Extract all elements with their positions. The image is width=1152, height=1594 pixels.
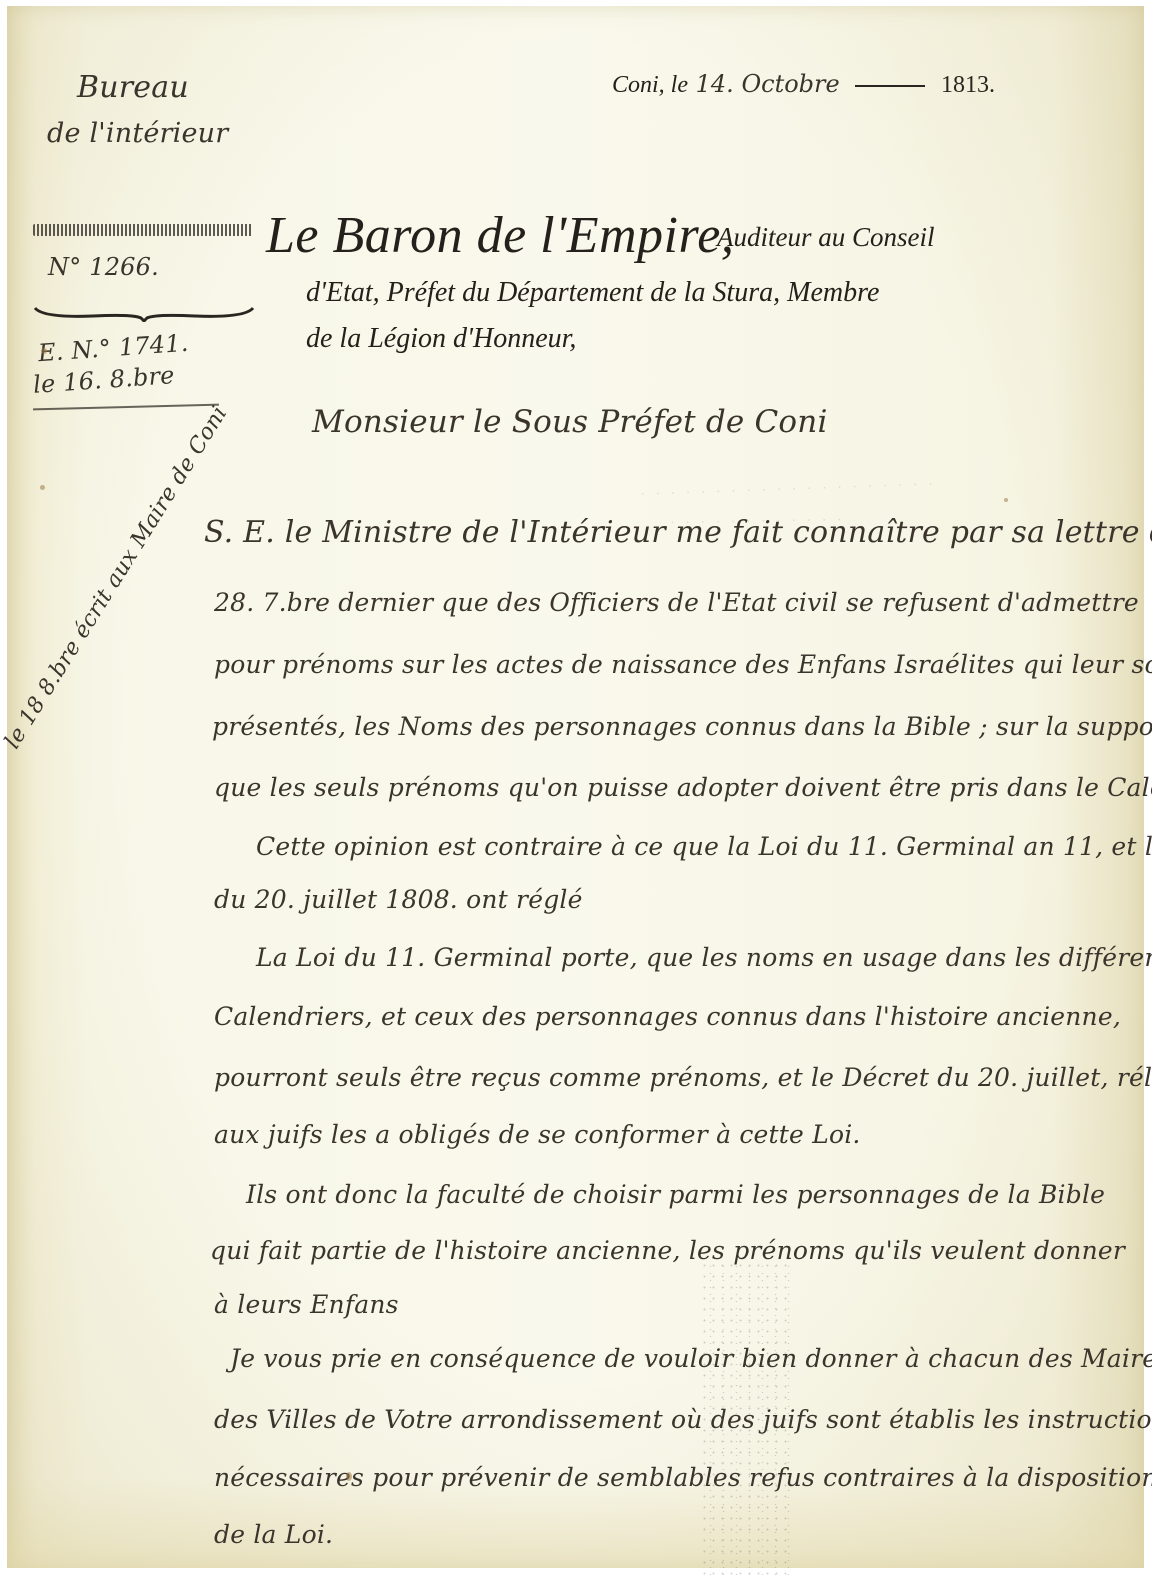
- dateline: Coni, le 14. Octobre 1813.: [612, 70, 995, 99]
- body-line: présentés, les Noms des personnages conn…: [212, 712, 1152, 741]
- body-line: à leurs Enfans: [214, 1290, 399, 1319]
- body-line: 28. 7.bre dernier que des Officiers de l…: [214, 588, 1139, 617]
- salutation: Monsieur le Sous Préfet de Coni: [312, 404, 828, 440]
- body-line: pour prénoms sur les actes de naissance …: [214, 650, 1152, 679]
- letterhead-title-continuation: Auditeur au Conseil: [717, 222, 935, 253]
- body-line: Calendriers, et ceux des personnages con…: [214, 1002, 1121, 1031]
- foxing-spot: [346, 1472, 352, 1481]
- body-line: Je vous prie en conséquence de vouloir b…: [230, 1344, 1152, 1373]
- office-label-line-2: de l'intérieur: [47, 118, 228, 149]
- decorative-rule: [33, 224, 253, 236]
- body-line: Cette opinion est contraire à ce que la …: [256, 832, 1152, 861]
- foxing-spot: [41, 348, 47, 354]
- dateline-month: Octobre: [741, 70, 839, 98]
- body-line: La Loi du 11. Germinal porte, que les no…: [256, 943, 1152, 972]
- body-line: S. E. le Ministre de l'Intérieur me fait…: [204, 515, 1152, 550]
- letterhead-line-2: d'Etat, Préfet du Département de la Stur…: [306, 277, 879, 309]
- foxing-spot: [40, 485, 45, 490]
- body-line: nécessaires pour prévenir de semblables …: [214, 1463, 1152, 1492]
- dateline-year: 1813.: [941, 72, 995, 98]
- dateline-city: Coni, le: [612, 72, 688, 98]
- dateline-day: 14.: [696, 70, 734, 98]
- office-label-line-1: Bureau: [77, 70, 189, 105]
- body-line: pourront seuls être reçus comme prénoms,…: [214, 1063, 1152, 1092]
- body-line: aux juifs les a obligés de se conformer …: [214, 1120, 861, 1149]
- letterhead-line-3: de la Légion d'Honneur,: [306, 323, 576, 355]
- letterhead-title: Le Baron de l'Empire,: [266, 206, 734, 265]
- brace-ornament-icon: [33, 304, 255, 322]
- body-line: du 20. juillet 1808. ont réglé: [214, 885, 583, 914]
- ink-speckle: [700, 1260, 790, 1580]
- body-line: des Villes de Votre arrondissement où de…: [214, 1405, 1152, 1434]
- body-line: de la Loi.: [214, 1520, 333, 1549]
- body-line: qui fait partie de l'histoire ancienne, …: [210, 1236, 1125, 1265]
- body-line: Ils ont donc la faculté de choisir parmi…: [246, 1180, 1105, 1209]
- document-number: N° 1266.: [48, 253, 159, 281]
- dateline-dash: [855, 85, 925, 87]
- foxing-spot: [1004, 498, 1008, 502]
- body-line: que les seuls prénoms qu'on puisse adopt…: [214, 773, 1152, 802]
